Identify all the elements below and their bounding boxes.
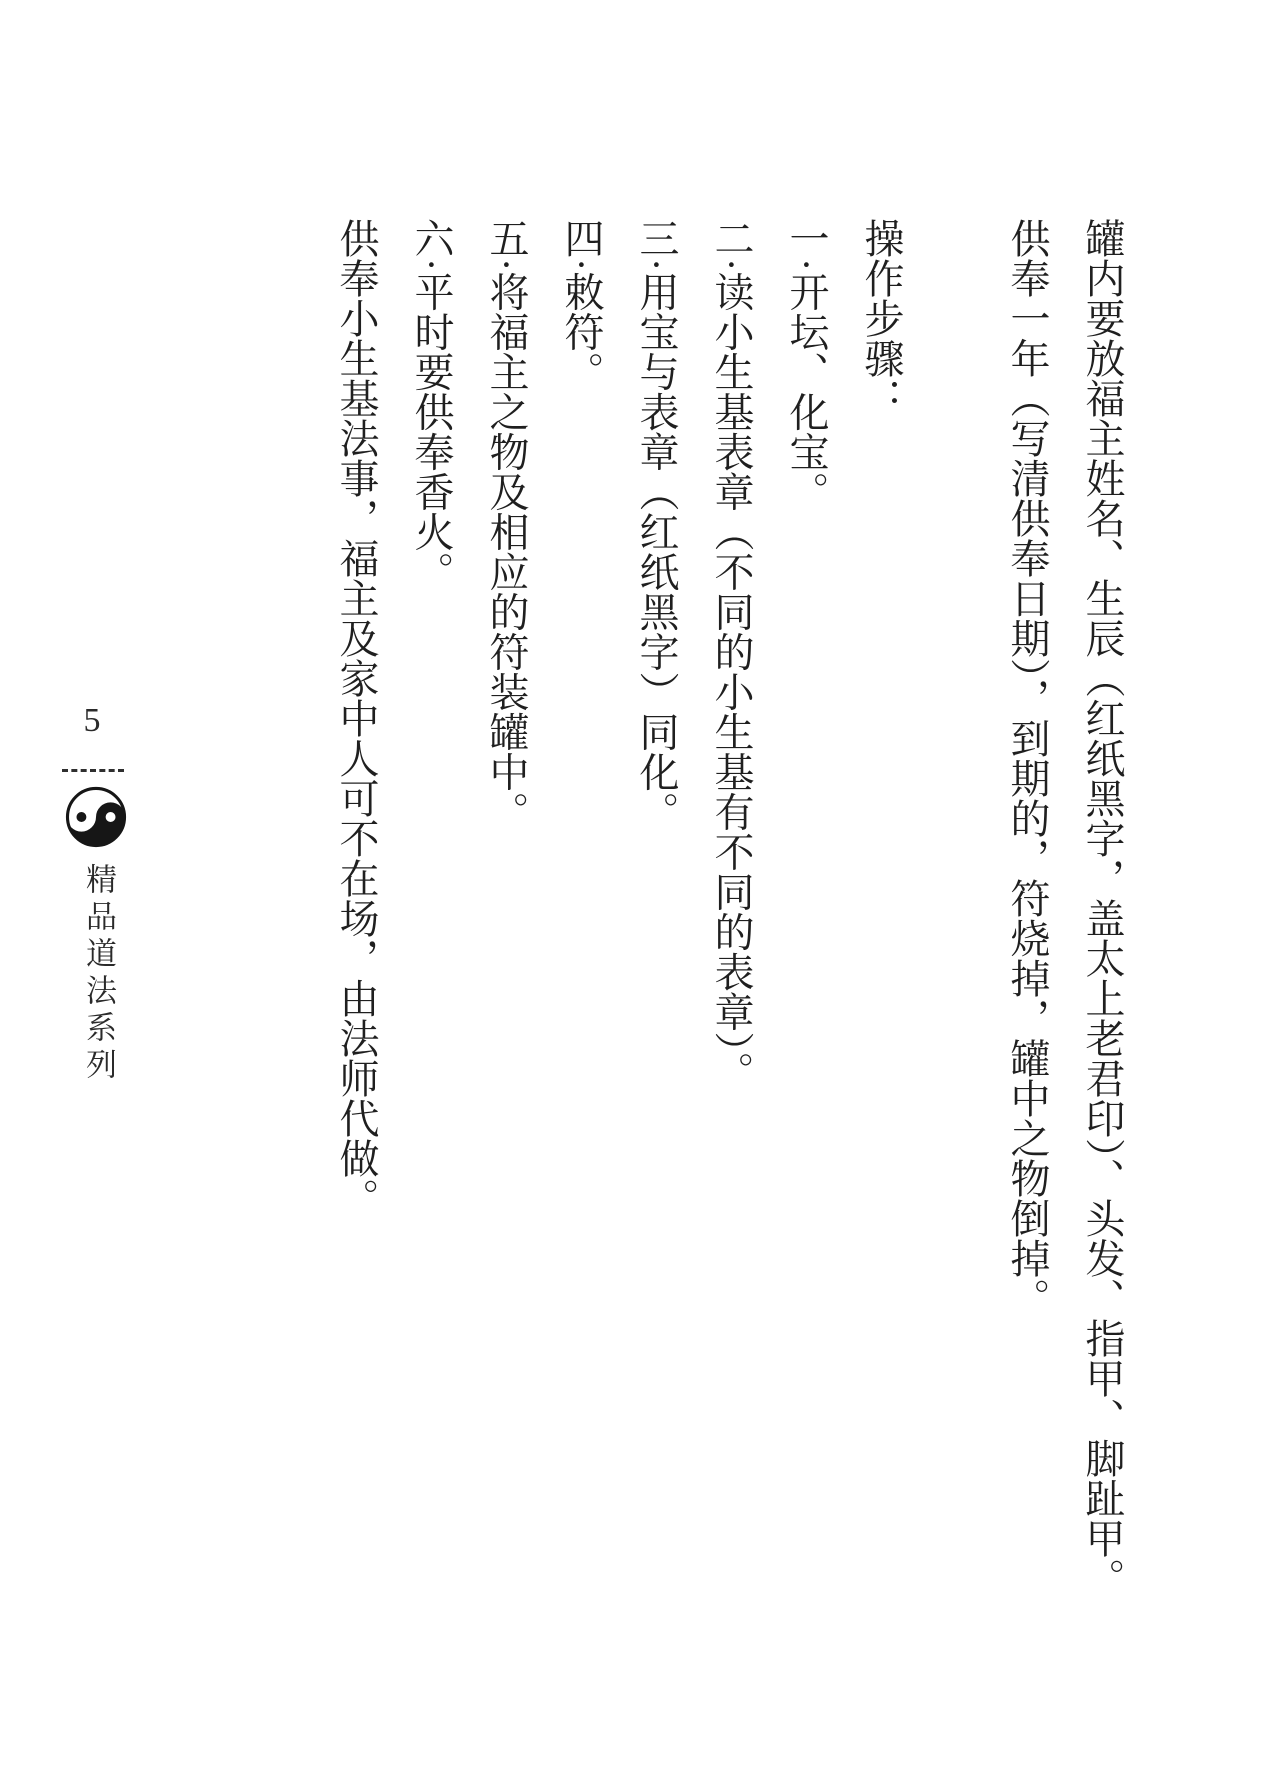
section-heading-operation-steps: 操作步骤： xyxy=(844,218,919,1763)
step-item-6: 六·平时要供奉香火。 xyxy=(394,218,469,1763)
paragraph-closing: 供奉小生基法事，福主及家中人可不在场，由法师代做。 xyxy=(319,218,394,1763)
page-content: 罐内要放福主姓名、生辰（红纸黑字，盖太上老君印）、头发、指甲、脚趾甲。 供奉一年… xyxy=(319,218,1140,1763)
yin-yang-icon xyxy=(65,786,127,848)
paragraph-offering-period: 供奉一年（写清供奉日期），到期的，符烧掉，罐中之物倒掉。 xyxy=(990,218,1065,1763)
step-item-1: 一·开坛、化宝。 xyxy=(769,218,844,1763)
book-page: 5 精品道法系列 罐内要放福主姓名、生辰（红纸黑字，盖太上老君印）、头发、指甲、… xyxy=(0,0,1262,1790)
paragraph-jar-contents: 罐内要放福主姓名、生辰（红纸黑字，盖太上老君印）、头发、指甲、脚趾甲。 xyxy=(1065,218,1140,1763)
step-item-2: 二·读小生基表章（不同的小生基有不同的表章）。 xyxy=(694,218,769,1763)
page-number: 5 xyxy=(60,702,124,740)
step-item-4: 四·敕符。 xyxy=(544,218,619,1763)
series-title: 精品道法系列 xyxy=(76,863,121,1085)
step-item-3: 三·用宝与表章（红纸黑字）同化。 xyxy=(619,218,694,1763)
step-item-5: 五·将福主之物及相应的符装罐中。 xyxy=(469,218,544,1763)
dashed-divider xyxy=(62,769,124,772)
